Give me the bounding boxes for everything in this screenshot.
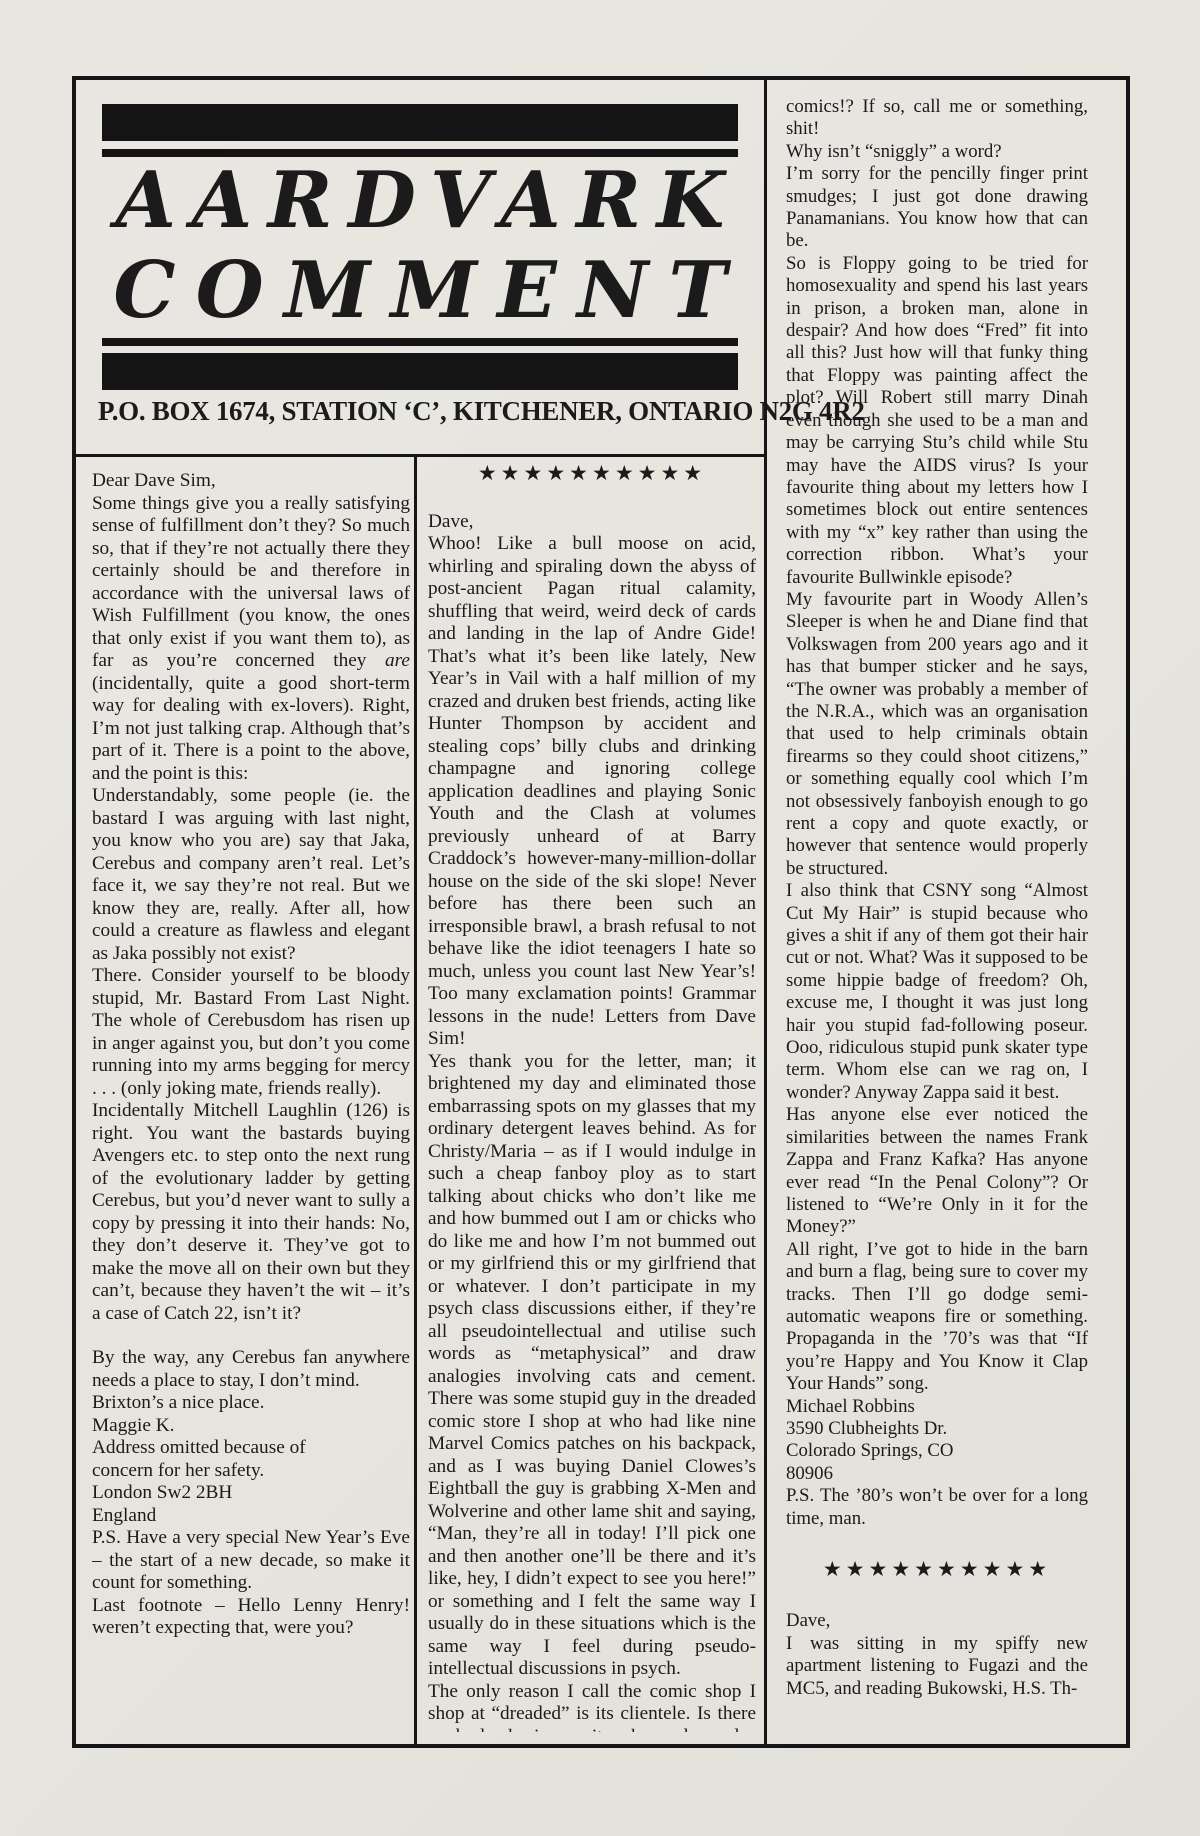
paragraph: Last footnote – Hello Lenny Henry! weren…	[92, 1595, 410, 1640]
scanned-letters-page: { "masthead": { "title_line1": "AARDVARK…	[0, 0, 1200, 1836]
text-line: Address omitted because of	[92, 1437, 410, 1460]
paragraph: Whoo! Like a bull moose on acid, whirlin…	[428, 533, 756, 1051]
text-line: London Sw2 2BH	[92, 1482, 410, 1505]
paragraph: So is Floppy going to be tried for homos…	[786, 253, 1088, 589]
page-frame: AARDVARK COMMENT P.O. BOX 1674, STATION …	[72, 76, 1130, 1748]
text-line: Maggie K.	[92, 1415, 410, 1438]
column-middle: ★★★★★★★★★★Dave,Whoo! Like a bull moose o…	[428, 462, 756, 1732]
column-gap	[428, 485, 756, 511]
star-divider: ★★★★★★★★★★	[428, 462, 756, 485]
paragraph: Has anyone else ever noticed the similar…	[786, 1104, 1088, 1238]
text-line: Dave,	[428, 511, 756, 534]
masthead-title-line1: AARDVARK	[76, 158, 764, 244]
paragraph: The only reason I call the comic shop I …	[428, 1681, 756, 1733]
paragraph: All right, I’ve got to hide in the barn …	[786, 1239, 1088, 1396]
text-line: Brixton’s a nice place.	[92, 1392, 410, 1415]
text-line: 80906	[786, 1463, 1088, 1485]
paragraph: By the way, any Cerebus fan anywhere nee…	[92, 1347, 410, 1392]
column-divider-left-middle	[414, 457, 417, 1744]
masthead-bottom-rule	[76, 454, 764, 457]
paragraph: Yes thank you for the letter, man; it br…	[428, 1051, 756, 1681]
paragraph: Some things give you a really satisfying…	[92, 493, 410, 786]
text-line: Colorado Springs, CO	[786, 1440, 1088, 1462]
paragraph: I also think that CSNY song “Almost Cut …	[786, 880, 1088, 1104]
text-line: concern for her safety.	[92, 1460, 410, 1483]
masthead-rule-top-thick	[102, 104, 738, 141]
paragraph: I was sitting in my spiffy new apartment…	[786, 1633, 1088, 1700]
masthead-rule-bottom-thin	[102, 338, 738, 346]
star-divider: ★★★★★★★★★★	[786, 1558, 1088, 1580]
column-gap	[786, 1530, 1088, 1558]
paragraph: Understandably, some people (ie. the bas…	[92, 785, 410, 965]
paragraph: My favourite part in Woody Allen’s Sleep…	[786, 589, 1088, 880]
masthead: AARDVARK COMMENT P.O. BOX 1674, STATION …	[76, 80, 764, 454]
text-line: Dave,	[786, 1610, 1088, 1632]
paragraph: comics!? If so, call me or something, sh…	[786, 96, 1088, 141]
text-line: England	[92, 1505, 410, 1528]
masthead-rule-bottom-thick	[102, 353, 738, 390]
paragraph: Incidentally Mitchell Laughlin (126) is …	[92, 1100, 410, 1325]
paragraph: P.S. Have a very special New Year’s Eve …	[92, 1527, 410, 1595]
text-line: Dear Dave Sim,	[92, 470, 410, 493]
column-right: comics!? If so, call me or something, sh…	[786, 96, 1088, 1736]
paragraph: There. Consider yourself to be bloody st…	[92, 965, 410, 1100]
column-left: Dear Dave Sim,Some things give you a rea…	[92, 470, 410, 1732]
paragraph: Why isn’t “sniggly” a word?	[786, 141, 1088, 163]
column-gap	[786, 1580, 1088, 1610]
paragraph: P.S. The ’80’s won’t be over for a long …	[786, 1485, 1088, 1530]
column-divider-right	[764, 80, 767, 1744]
text-line: 3590 Clubheights Dr.	[786, 1418, 1088, 1440]
text-line: Michael Robbins	[786, 1396, 1088, 1418]
paragraph: I’m sorry for the pencilly finger print …	[786, 163, 1088, 253]
masthead-title-line2: COMMENT	[76, 248, 764, 334]
column-gap	[92, 1325, 410, 1347]
po-box-address: P.O. BOX 1674, STATION ‘C’, KITCHENER, O…	[98, 396, 865, 427]
